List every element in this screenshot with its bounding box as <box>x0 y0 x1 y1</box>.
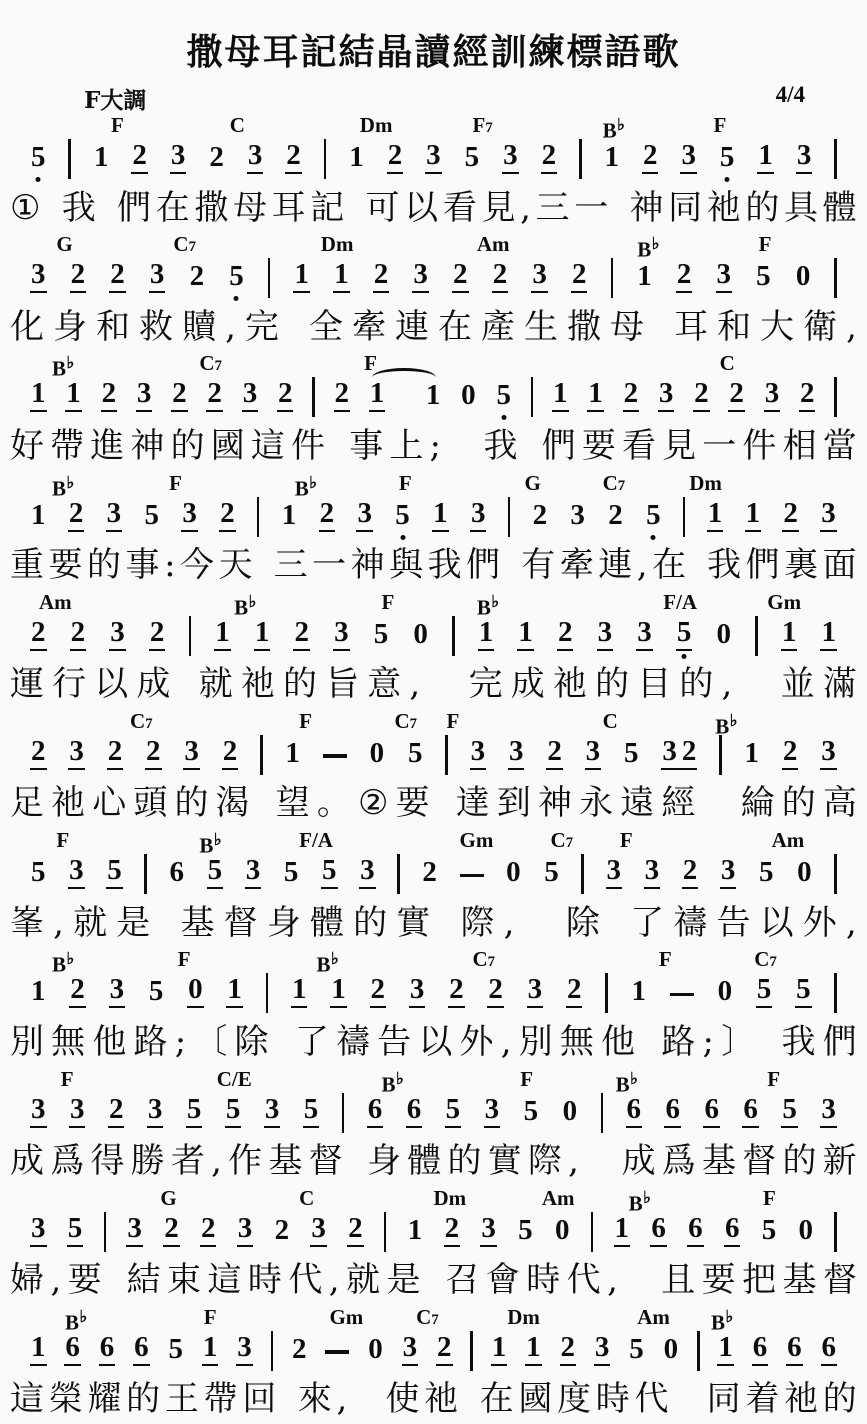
lyric-char: 具 <box>784 191 818 225</box>
lyric-char: 牽 <box>352 310 386 344</box>
flat-icon: ♭ <box>725 1307 733 1326</box>
lyric-line: 成爲得勝者,作基督身體的實際,成爲基督的新 <box>0 1137 867 1186</box>
lyric-char: 就 <box>346 1263 380 1297</box>
lyric-char: 代 <box>567 1263 601 1297</box>
lyric-char: 經 <box>661 786 695 820</box>
lyric-gap <box>45 207 57 208</box>
note: 1 <box>517 618 534 651</box>
lyric-char: 足 <box>10 786 44 820</box>
note: 5 <box>755 262 772 293</box>
barline <box>834 139 837 179</box>
note: 2 <box>642 141 659 174</box>
lyric-char: 完 <box>245 310 279 344</box>
lyric-gap <box>257 565 269 566</box>
lyric-char: 耳 <box>674 310 708 344</box>
note: 2 <box>436 1333 453 1366</box>
lyric-char: 召 <box>445 1263 479 1297</box>
note: 5 <box>628 1335 645 1366</box>
chord-row: FCDmF7B♭F <box>0 113 867 137</box>
lyric-char: 記 <box>310 191 344 225</box>
barline <box>834 973 837 1013</box>
note: 3 <box>181 499 198 532</box>
lyric-gap <box>505 565 517 566</box>
chord-label: F <box>767 1067 780 1091</box>
chord-label: F <box>178 947 191 971</box>
note: 3 <box>333 618 350 651</box>
lyric-char: 今 <box>180 548 214 582</box>
lyric-gap <box>643 1280 655 1281</box>
note: 3 <box>644 856 661 889</box>
note: 2 <box>799 379 816 412</box>
note: 2 <box>373 260 390 293</box>
flat-icon: ♭ <box>630 1069 638 1088</box>
lyric-gap <box>585 1161 597 1162</box>
lyric-char: , <box>501 1025 512 1059</box>
lyric-char: ① <box>10 191 40 225</box>
note: 3 <box>716 260 733 293</box>
lyric-gap <box>369 1399 381 1400</box>
note: 3 <box>183 737 200 770</box>
note: 1 <box>820 618 837 651</box>
chord-label: Am <box>39 590 72 614</box>
lyric-char: ② <box>358 786 388 820</box>
chord-label: B♭ <box>316 947 338 976</box>
notation-row: 112322322110511232232 <box>0 375 867 421</box>
flat-icon: ♭ <box>67 353 75 372</box>
notation-row: 12353212351323251123 <box>0 495 867 541</box>
lyric-char: 看 <box>622 429 656 463</box>
barline <box>445 735 448 775</box>
rest-note: 0 <box>505 858 522 889</box>
lyric-char: 他 <box>601 1025 635 1059</box>
note: 6 <box>406 1095 423 1128</box>
flat-icon: ♭ <box>309 473 317 492</box>
note: 2 <box>101 379 118 412</box>
rest-note: 0 <box>460 381 477 412</box>
lyric-char: 禱 <box>673 906 707 940</box>
lyric-line: ①我們在撒母耳記可以看見,三一神同祂的具體 <box>0 183 867 232</box>
music-system: B♭FB♭C7FC7123501112322321055別無他路;〔除了禱告以外… <box>0 947 867 1066</box>
note: 1 <box>631 977 648 1008</box>
note: 2 <box>566 975 583 1008</box>
barline <box>508 497 511 537</box>
chord-label: B♭ <box>52 351 74 380</box>
dash-note <box>460 874 484 878</box>
rest-note: 0 <box>717 977 734 1008</box>
note: 3 <box>597 618 614 651</box>
notation-row: 3223251123223212350 <box>0 256 867 302</box>
lyric-gap <box>276 1041 288 1042</box>
note: 5 <box>168 1335 185 1366</box>
note: 5 <box>676 618 693 651</box>
lyric-char: 禱 <box>336 1025 370 1059</box>
chord-label: B♭ <box>234 590 256 619</box>
lyric-char: 好 <box>10 429 44 463</box>
lyric-gap <box>159 922 171 923</box>
chord-label: F <box>759 232 772 256</box>
chord-label: B♭ <box>199 828 221 857</box>
lyric-char: 體 <box>407 1144 441 1178</box>
lyric-char: 母 <box>233 191 267 225</box>
note: 2 <box>70 618 87 651</box>
lyric-char: 勝 <box>131 1144 165 1178</box>
lyric-char: 我 <box>483 429 517 463</box>
note: 6 <box>786 1333 803 1366</box>
lyric-char: 代 <box>288 1263 322 1297</box>
lyric-char: 連 <box>598 548 632 582</box>
lyric-gap <box>722 803 734 804</box>
lyric-char: 母 <box>610 310 644 344</box>
lyric-char: 們 <box>117 191 151 225</box>
music-system: C7FC7FCB♭2322321053323532123足祂心頭的渴望。②要達到… <box>0 709 867 828</box>
dash-note <box>670 993 694 997</box>
lyric-char: ; <box>175 1025 186 1059</box>
lyric-line: 別無他路;〔除了禱告以外,別無他路;〕我們 <box>0 1017 867 1066</box>
lyric-char: 在 <box>438 310 472 344</box>
note: 1 <box>348 143 365 174</box>
lyric-char: 見 <box>662 429 696 463</box>
notation-row: 123501112322321055 <box>0 971 867 1017</box>
note: 5 <box>143 501 160 532</box>
note: 6 <box>626 1095 643 1128</box>
lyric-char: 時 <box>248 1263 282 1297</box>
lyric-char: 渴 <box>216 786 250 820</box>
barline <box>697 1331 700 1371</box>
note: 3 <box>796 141 813 174</box>
lyric-char: , <box>846 906 857 940</box>
rest-note: 0 <box>716 620 733 651</box>
lyric-char: 一 <box>702 429 736 463</box>
lyric-char: 連 <box>395 310 429 344</box>
lyric-char: 來 <box>298 1382 332 1416</box>
note: 1 <box>614 1214 631 1247</box>
note: 6 <box>169 858 186 889</box>
lyric-char: 基 <box>702 1144 736 1178</box>
note: 5 <box>523 1097 540 1128</box>
music-system: AmB♭FB♭F/AGm2232112350112335011運行以成就祂的旨意… <box>0 590 867 709</box>
lyric-char: 成 <box>622 1144 656 1178</box>
lyric-char: 見 <box>481 191 515 225</box>
note: 2 <box>387 141 404 174</box>
lyric-char: 督 <box>823 1263 857 1297</box>
rest-note: 0 <box>554 1216 571 1247</box>
lyric-char: 衛 <box>803 310 837 344</box>
chord-row: B♭FB♭C7FC7 <box>0 947 867 971</box>
note: 5 <box>106 856 123 889</box>
note: 6 <box>752 1333 769 1366</box>
lyric-char: 祂 <box>241 667 275 701</box>
note: 1 <box>745 499 762 532</box>
lyric-char: 頭 <box>133 786 167 820</box>
lyric-char: 婦 <box>10 1263 44 1297</box>
lyric-char: 件 <box>742 429 776 463</box>
lyric-char: 國 <box>518 1382 552 1416</box>
lyric-char: , <box>846 310 857 344</box>
chord-label: B♭ <box>381 1067 403 1096</box>
note: 2 <box>623 379 640 412</box>
lyric-char: 是 <box>116 906 150 940</box>
note: 2 <box>293 618 310 651</box>
chord-label: F <box>520 1067 533 1091</box>
music-system: B♭FB♭FGC7Dm12353212351323251123重要的事:今天三一… <box>0 471 867 590</box>
lyric-char: 的 <box>782 786 816 820</box>
flat-icon: ♭ <box>730 711 738 730</box>
note: 2 <box>676 260 693 293</box>
chord-label: C7 <box>199 351 222 378</box>
lyric-char: 這 <box>251 429 285 463</box>
lyric-char: 新 <box>823 1144 857 1178</box>
note: 3 <box>820 499 837 532</box>
tie-arc <box>404 382 406 412</box>
chord-label: Dm <box>689 471 722 495</box>
lyric-char: 相 <box>783 429 817 463</box>
lyric-char: 並 <box>781 667 815 701</box>
note: 5 <box>303 1095 320 1128</box>
lyric-char: 們 <box>823 1025 857 1059</box>
lyric-char: 們 <box>542 429 576 463</box>
lyric-char: , <box>637 548 648 582</box>
lyric-gap <box>690 1399 702 1400</box>
lyric-char: 產 <box>481 310 515 344</box>
chord-label: Gm <box>460 828 494 852</box>
lyric-gap <box>179 684 191 685</box>
music-system: GC7DmAmB♭F3223251123223212350化身和救贖,完全牽連在… <box>0 232 867 351</box>
note: 3 <box>480 1214 497 1247</box>
lyric-char: 路 <box>134 1025 168 1059</box>
notation-row: 166651320321123501666 <box>0 1329 867 1375</box>
lyric-char: 耳 <box>272 191 306 225</box>
note: 1 <box>781 618 798 651</box>
note: 2 <box>532 501 549 532</box>
lyric-char: 際 <box>528 1144 562 1178</box>
chord-label: F <box>299 709 312 733</box>
key-signature: F大調 <box>84 82 146 115</box>
lyric-line: 婦,要結束這時代,就是召會時代,且要把基督 <box>0 1256 867 1305</box>
lyric-char: 牽 <box>560 548 594 582</box>
lyric-char: 際 <box>461 906 495 940</box>
lyric-char: 且 <box>661 1263 695 1297</box>
lyric-char: 時 <box>526 1263 560 1297</box>
sheet-music-page: 撒母耳記結晶讀經訓練標語歌 F大調 4/4 FCDmF7B♭F512323212… <box>0 0 867 1424</box>
chord-label: Dm <box>360 113 393 137</box>
note: 5 <box>30 143 47 174</box>
lyric-char: 別 <box>10 1025 44 1059</box>
note: 3 <box>527 975 544 1008</box>
note: 3 <box>126 1214 143 1247</box>
lyric-char: 的 <box>595 667 629 701</box>
lyric-char: , <box>225 310 236 344</box>
lyric-gap <box>331 445 343 446</box>
lyric-char: 以 <box>94 667 128 701</box>
lyric-char: 結 <box>127 1263 161 1297</box>
flat-icon: ♭ <box>396 1069 404 1088</box>
barline <box>104 1212 107 1252</box>
note: 3 <box>606 856 623 889</box>
lyric-char: 代 <box>634 1382 668 1416</box>
lyric-char: 告 <box>716 906 750 940</box>
note: 1 <box>65 379 82 412</box>
note: 5 <box>445 1095 462 1128</box>
lyric-gap <box>288 326 300 327</box>
lyric-char: 帶 <box>204 1382 238 1416</box>
lyric-gap <box>545 922 557 923</box>
chord-label: Gm <box>767 590 801 614</box>
chord-label: F/A <box>663 590 697 614</box>
note: 3 <box>594 1333 611 1366</box>
lyric-char: 的 <box>679 667 713 701</box>
lyric-char: 的 <box>174 786 208 820</box>
lyric-char: , <box>520 191 531 225</box>
lyric-line: 重要的事:今天三一神與我們有牽連,在我們裏面 <box>0 541 867 590</box>
lyric-char: 在 <box>652 548 686 582</box>
note: 5 <box>283 858 300 889</box>
note: 5 <box>228 262 245 293</box>
note: 5 <box>517 1216 534 1247</box>
note: 2 <box>571 260 588 293</box>
lyric-char: ; <box>430 429 441 463</box>
note: 3 <box>502 141 519 174</box>
lyric-char: 三 <box>536 191 570 225</box>
note: 3 <box>484 1095 501 1128</box>
lyric-gap <box>642 1041 654 1042</box>
lyric-line: 好帶進神的國這件事上;我們要看見一件相當 <box>0 421 867 470</box>
notation-row: 33235535665350666653 <box>0 1091 867 1137</box>
lyric-char: 作 <box>228 1144 262 1178</box>
barline <box>266 973 269 1013</box>
rest-note: 0 <box>367 1335 384 1366</box>
lyric-char: 體 <box>310 906 344 940</box>
lyric-char: 和 <box>96 310 130 344</box>
note: 5 <box>407 739 424 770</box>
chord-label: F <box>763 1186 776 1210</box>
lyric-char: , <box>409 667 420 701</box>
note: 1 <box>291 975 308 1008</box>
lyric-char: 祂 <box>707 191 741 225</box>
rest-note: 0 <box>796 858 813 889</box>
chord-label: B♭ <box>715 709 737 738</box>
lyric-char: 一 <box>312 548 346 582</box>
lyric-char: 的 <box>745 191 779 225</box>
lyric-char: 了 <box>630 906 664 940</box>
lyric-char: 身 <box>367 1144 401 1178</box>
chord-label: C7 <box>551 828 574 855</box>
note: 3 <box>820 1095 837 1128</box>
lyric-char: 就 <box>73 906 107 940</box>
lyric-char: 到 <box>497 786 531 820</box>
flat-icon: ♭ <box>491 592 499 611</box>
barline <box>834 258 837 298</box>
lyric-char: 成 <box>10 1144 44 1178</box>
note: 2 <box>274 1216 291 1247</box>
lyric-char: 救 <box>139 310 173 344</box>
chord-label: C7 <box>754 947 777 974</box>
flat-icon: ♭ <box>67 473 75 492</box>
note: 1 <box>717 1333 734 1366</box>
barline <box>470 1331 473 1371</box>
note: 2 <box>557 618 574 651</box>
lyric-char: 峯 <box>10 906 44 940</box>
lyric-gap <box>465 445 477 446</box>
lyric-char: 督 <box>742 1144 776 1178</box>
note: 3 <box>425 141 442 174</box>
note: 3 <box>245 856 262 889</box>
note: 5 <box>225 1095 242 1128</box>
note: 3 <box>30 1214 47 1247</box>
note: 5 <box>394 501 411 532</box>
lyric-char: 在 <box>480 1382 514 1416</box>
note: 5 <box>543 858 560 889</box>
systems: FCDmF7B♭F5123232123532123513①我們在撒母耳記可以看見… <box>0 113 867 1424</box>
lyric-char: 督 <box>309 1144 343 1178</box>
lyric-char: 神 <box>538 786 572 820</box>
note: 2 <box>492 260 509 293</box>
lyric-char: 撒 <box>194 191 228 225</box>
note: 3 <box>720 856 737 889</box>
lyric-char: 與 <box>389 548 423 582</box>
note: 32 <box>661 737 697 770</box>
note: 6 <box>367 1095 384 1128</box>
lyric-char: 榮 <box>49 1382 83 1416</box>
note: 1 <box>330 975 347 1008</box>
chord-label: Am <box>637 1305 670 1329</box>
lyric-gap <box>691 565 703 566</box>
lyric-char: 達 <box>456 786 490 820</box>
chord-label: F7 <box>473 113 493 140</box>
note: 3 <box>147 1095 164 1128</box>
lyric-char: 完 <box>469 667 503 701</box>
lyric-char: 望 <box>276 786 310 820</box>
lyric-char: 綸 <box>741 786 775 820</box>
lyric-char: 要 <box>396 786 430 820</box>
note: 2 <box>30 618 47 651</box>
note: 5 <box>186 1095 203 1128</box>
rest-note: 0 <box>795 262 812 293</box>
lyric-char: 遠 <box>620 786 654 820</box>
lyric-char: 天 <box>219 548 253 582</box>
note: 2 <box>69 975 86 1008</box>
chord-label: B♭ <box>711 1305 733 1334</box>
lyric-char: 體 <box>823 191 857 225</box>
lyric-char: 路 <box>661 1025 695 1059</box>
barline <box>260 735 263 775</box>
lyric-char: 我 <box>428 548 462 582</box>
chord-label: B♭ <box>477 590 499 619</box>
notation-row: 535653553205332350 <box>0 852 867 898</box>
lyric-gap <box>447 445 459 446</box>
chord-label: F <box>381 590 394 614</box>
lyric-char: 重 <box>10 548 44 582</box>
lyric-char: 的 <box>283 667 317 701</box>
music-system: B♭FGmC7DmAmB♭166651320321123501666這榮耀的王帶… <box>0 1305 867 1424</box>
lyric-char: 成 <box>136 667 170 701</box>
barline <box>834 854 837 894</box>
lyric-char: 面 <box>823 548 857 582</box>
lyric-char: 督 <box>224 906 258 940</box>
lyric-char: 心 <box>92 786 126 820</box>
lyric-char: 上 <box>389 429 423 463</box>
note: 2 <box>219 499 236 532</box>
note: 2 <box>444 1214 461 1247</box>
lyric-char: 帶 <box>50 429 84 463</box>
note: 2 <box>448 975 465 1008</box>
barline <box>68 139 71 179</box>
note: 1 <box>425 381 442 412</box>
note: 1 <box>333 260 350 293</box>
lyric-char: 者 <box>171 1144 205 1178</box>
lyric-char: 們 <box>746 548 780 582</box>
lyric-char: : <box>164 548 175 582</box>
note: 3 <box>109 975 126 1008</box>
